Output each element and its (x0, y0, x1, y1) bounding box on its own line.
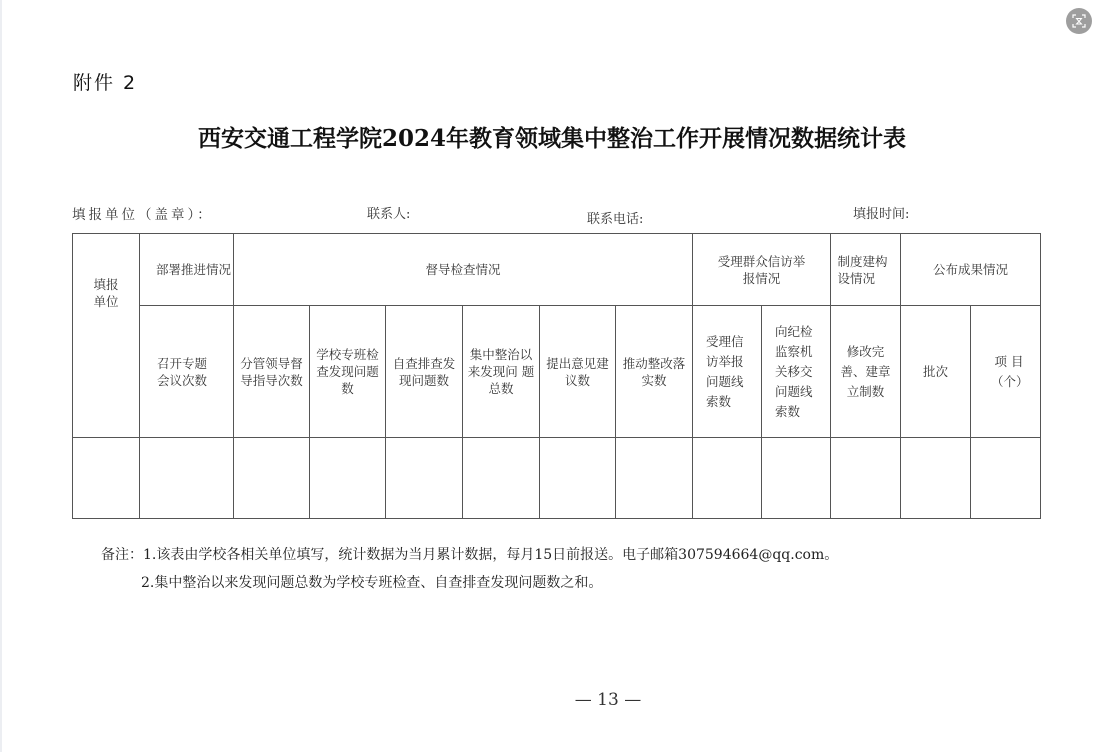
cell-items[interactable] (971, 438, 1041, 519)
group-header-deploy: 部署推进情况 (140, 234, 234, 306)
col-header-suggestions: 提出意见建议数 (540, 306, 616, 438)
cell-transferred-clues[interactable] (762, 438, 831, 519)
column-header-row: 召开专题会议次数 分管领导督导指导次数 学校专班检查发现问题数 自查排查发现问题… (73, 306, 1041, 438)
group-header-system: 制度建构设情况 (831, 234, 901, 306)
notes: 备注：1.该表由学校各相关单位填写，统计数据为当月累计数据，每月15日前报送。电… (101, 541, 838, 597)
document-title: 西安交通工程学院2024年教育领域集中整治工作开展情况数据统计表 (0, 120, 1104, 153)
group-header-row: 填报单位 部署推进情况 督导检查情况 受理群众信访举报情况 制度建构设情况 公布… (73, 234, 1041, 306)
contact-label: 联系人: (367, 203, 410, 222)
cell-total-issues[interactable] (463, 438, 540, 519)
col-header-items-text: 项 目（个） (991, 352, 1027, 392)
cell-meetings[interactable] (140, 438, 234, 519)
cell-suggestions[interactable] (540, 438, 616, 519)
group-header-system-text: 制度建构设情况 (838, 253, 894, 287)
col-header-suggestions-text: 提出意见建议数 (542, 355, 614, 389)
fullscreen-toggle-button[interactable] (1066, 8, 1092, 34)
col-header-meetings: 召开专题会议次数 (140, 306, 234, 438)
col-header-total-issues: 集中整治以来发现问 题总数 (463, 306, 540, 438)
col-header-petition-clues: 受理信访举报问题线索数 (693, 306, 762, 438)
page-number: — 13 — (0, 690, 1104, 710)
col-header-petition-clues-text: 受理信访举报问题线索数 (706, 332, 748, 412)
table-row (73, 438, 1041, 519)
cell-rectification[interactable] (616, 438, 693, 519)
group-header-petitions: 受理群众信访举报情况 (693, 234, 831, 306)
cell-leader-guidance[interactable] (234, 438, 310, 519)
col-header-leader-guidance: 分管领导督导指导次数 (234, 306, 310, 438)
col-header-rules-revised-text: 修改完善、建章立制数 (838, 342, 894, 402)
col-header-total-issues-text: 集中整治以来发现问 题总数 (464, 346, 538, 397)
note-2: 2.集中整治以来发现问题总数为学校专班检查、自查排查发现问题数之和。 (101, 569, 838, 597)
note-1: 备注：1.该表由学校各相关单位填写，统计数据为当月累计数据，每月15日前报送。电… (101, 541, 838, 569)
col-header-batches: 批次 (901, 306, 971, 438)
col-header-rectification-text: 推动整改落实数 (618, 355, 690, 389)
page-edge (0, 0, 2, 752)
time-label: 填报时间: (853, 203, 909, 222)
unit-header: 填报单位 (73, 234, 140, 438)
col-header-items: 项 目（个） (971, 306, 1041, 438)
group-header-supervision: 督导检查情况 (234, 234, 693, 306)
cell-task-force-issues[interactable] (310, 438, 386, 519)
group-header-petitions-text: 受理群众信访举报情况 (717, 253, 807, 287)
cell-unit[interactable] (73, 438, 140, 519)
col-header-rectification: 推动整改落实数 (616, 306, 693, 438)
cell-self-check-issues[interactable] (386, 438, 463, 519)
group-header-results: 公布成果情况 (901, 234, 1041, 306)
phone-label: 联系电话: (587, 208, 643, 227)
col-header-task-force-issues-text: 学校专班检查发现问题数 (312, 346, 384, 397)
col-header-self-check-issues: 自查排查发现问题数 (386, 306, 463, 438)
statistics-table: 填报单位 部署推进情况 督导检查情况 受理群众信访举报情况 制度建构设情况 公布… (72, 233, 1041, 519)
cell-petition-clues[interactable] (693, 438, 762, 519)
unit-label: 填报单位（盖章）： (72, 203, 214, 223)
fullscreen-exit-icon (1072, 14, 1086, 28)
unit-header-text: 填报单位 (89, 276, 123, 310)
attachment-label: 附件 2 (73, 68, 137, 95)
cell-rules-revised[interactable] (831, 438, 901, 519)
col-header-transferred-clues-text: 向纪检监察机关移交问题线索数 (775, 322, 817, 422)
col-header-transferred-clues: 向纪检监察机关移交问题线索数 (762, 306, 831, 438)
col-header-meetings-text: 召开专题会议次数 (154, 355, 210, 389)
cell-batches[interactable] (901, 438, 971, 519)
col-header-self-check-issues-text: 自查排查发现问题数 (388, 355, 460, 389)
col-header-rules-revised: 修改完善、建章立制数 (831, 306, 901, 438)
col-header-task-force-issues: 学校专班检查发现问题数 (310, 306, 386, 438)
col-header-leader-guidance-text: 分管领导督导指导次数 (236, 355, 308, 389)
